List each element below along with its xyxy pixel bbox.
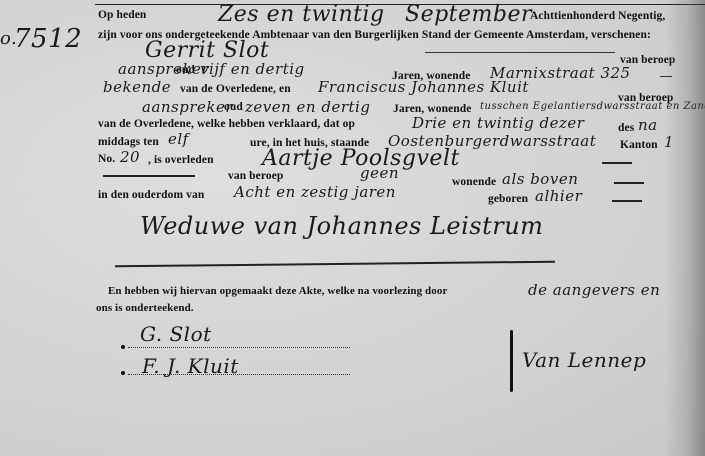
year-text: Achttienhonderd Negentig, [530, 10, 665, 22]
house-number: 20 [120, 148, 140, 166]
date-of-death: Drie en twintig dezer [412, 114, 584, 132]
part-of-day: na [638, 116, 658, 134]
verklaard-clause: van de Overledene, welke hebben verklaar… [98, 118, 355, 130]
overledene-label-1: van de Overledene, en [180, 83, 291, 95]
declarant-2-age: zeven en dertig [245, 98, 370, 116]
oud-label-2: oud [224, 101, 243, 113]
hour-handwritten: elf [168, 130, 189, 148]
section-divider [115, 261, 555, 268]
read-by: de aangevers en [528, 281, 660, 299]
blank-rule-5 [614, 182, 644, 184]
signature-1: G. Slot [140, 322, 212, 346]
number-label: No. [98, 153, 115, 165]
signature-bullet-1 [121, 345, 125, 349]
document-page: o. 7512 Op heden Zes en twintig Septembe… [0, 0, 705, 456]
declarant-2-occupation: aanspreker [142, 98, 233, 116]
record-number: 7512 [14, 24, 82, 54]
ouderdom-label: in den ouderdom van [98, 189, 204, 201]
oud-label-1: oud [176, 64, 195, 76]
des-label: des [618, 122, 634, 134]
signature-bullet-2 [121, 371, 125, 375]
declarant-1-occupation: aanspreker [118, 60, 209, 78]
birthplace: alhier [535, 187, 582, 205]
signature-2: F. J. Kluit [142, 354, 239, 378]
page-edge-shadow [665, 0, 705, 456]
blank-rule [425, 52, 615, 53]
is-overleden-label: , is overleden [148, 154, 214, 166]
remark-widow: Weduwe van Johannes Leistrum [140, 212, 543, 240]
van-beroep-label-3: van beroep [228, 170, 283, 182]
middags-ten-label: middags ten [98, 136, 159, 148]
relation-handwritten: bekende [103, 78, 171, 96]
declarant-2-name: Franciscus Johannes Kluit [318, 78, 529, 96]
deceased-residence: als boven [502, 170, 578, 188]
signature-line-1 [128, 347, 350, 348]
blank-rule-3 [602, 162, 632, 164]
blank-rule-6 [612, 200, 642, 202]
wonende-label-3: wonende [452, 176, 496, 188]
day-handwritten: Zes en twintig [218, 2, 385, 27]
geboren-label: geboren [488, 193, 528, 205]
blank-rule-4 [103, 175, 195, 177]
closing-line-1: En hebben wij hiervan opgemaakt deze Akt… [108, 285, 447, 297]
deceased-age: Acht en zestig jaren [234, 183, 396, 201]
kanton-label: Kanton [620, 139, 658, 151]
signature-brace [510, 330, 513, 392]
month-handwritten: September [405, 2, 532, 27]
top-rule [95, 4, 705, 5]
closing-line-2: ons is onderteekend. [96, 302, 194, 314]
op-heden-label: Op heden [98, 9, 146, 21]
official-signature: Van Lennep [522, 348, 646, 372]
declarant-1-age: vijf en dertig [200, 60, 305, 78]
deceased-occupation: geen [360, 164, 399, 182]
